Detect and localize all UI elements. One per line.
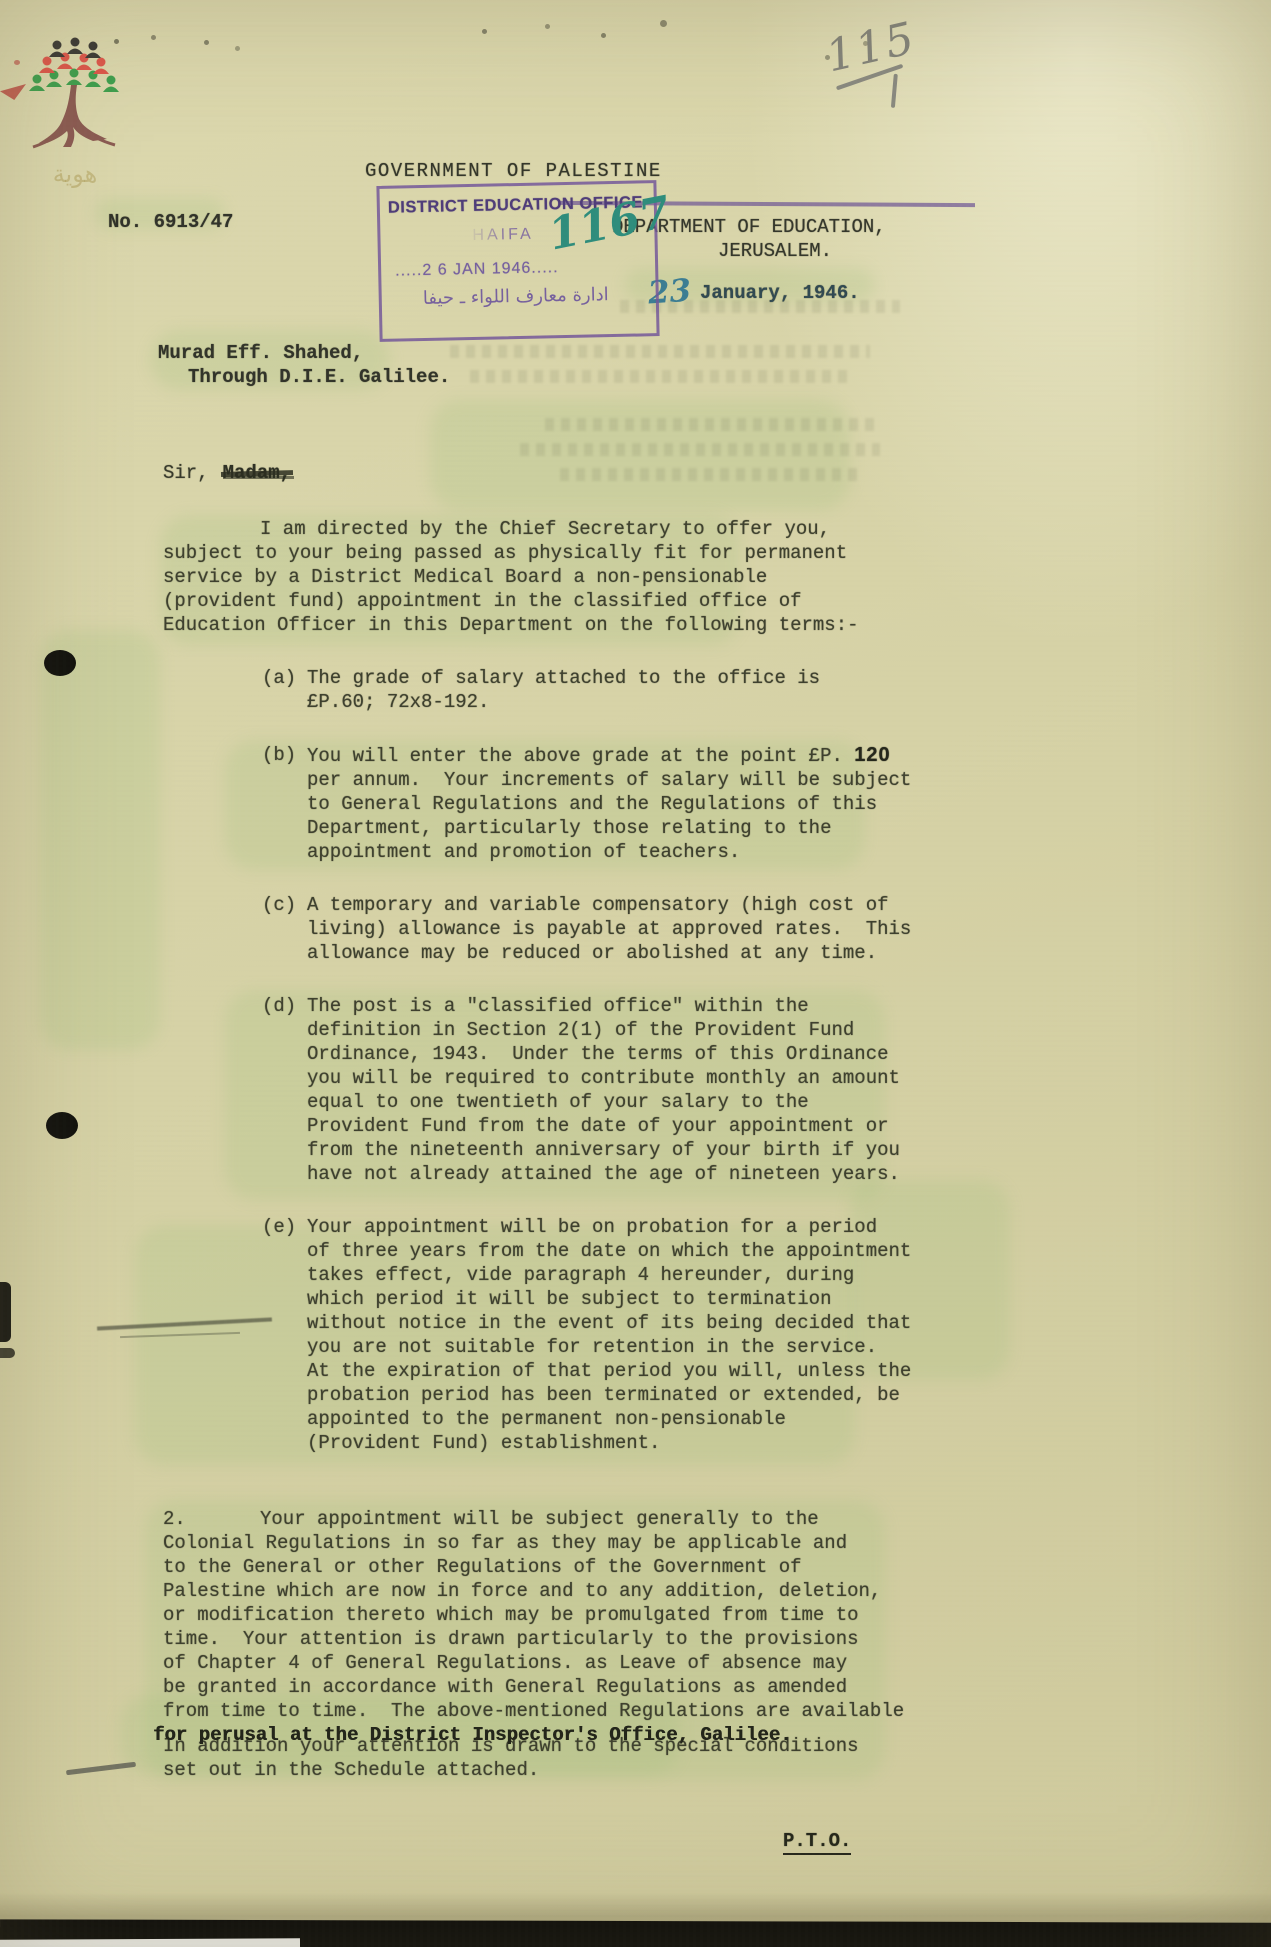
paragraph-1: I am directed by the Chief Secretary to … <box>163 517 983 637</box>
bleedthrough-text-ghost <box>450 345 870 358</box>
left-edge-ink-mark-small <box>0 1348 15 1358</box>
letter-body: I am directed by the Chief Secretary to … <box>163 517 983 1782</box>
pto-note: P.T.O. <box>783 1830 851 1855</box>
paper-specks <box>0 0 3 3</box>
overtyped-perusal-line: for perusal at the District Inspector's … <box>153 1723 973 1747</box>
bleedthrough-text-ghost <box>560 468 860 481</box>
ink-blot-hole-punch <box>46 1112 78 1139</box>
stamp-date-line: .....2 6 JAN 1946..... <box>395 259 559 280</box>
paragraph-2-first-line: 2.Your appointment will be subject gener… <box>163 1507 983 1531</box>
scan-edge-white-sliver <box>0 1938 300 1947</box>
term-label-b: (b) <box>262 743 307 864</box>
bleedthrough-text-ghost <box>545 418 875 431</box>
red-edge-mark <box>0 84 26 100</box>
term-text-e: Your appointment will be on probation fo… <box>307 1215 911 1455</box>
term-b-first-line: You will enter the above grade at the po… <box>307 743 911 768</box>
ink-blot-hole-punch <box>44 650 76 676</box>
margin-pencil-dash <box>66 1762 136 1775</box>
term-item-b: (b) You will enter the above grade at th… <box>262 743 983 864</box>
term-text-b: You will enter the above grade at the po… <box>307 743 911 864</box>
folio-text: 115 <box>821 13 920 83</box>
red-edge-dot <box>14 60 20 65</box>
term-label-c: (c) <box>262 893 307 965</box>
term-label-a: (a) <box>262 666 307 714</box>
bleedthrough-text-ghost <box>470 370 850 383</box>
term-text-d: The post is a "classified office" within… <box>307 994 900 1186</box>
stain <box>40 630 160 1050</box>
recipient-name: Murad Eff. Shahed, <box>158 342 363 364</box>
term-item-c: (c) A temporary and variable compensator… <box>262 893 983 965</box>
term-label-e: (e) <box>262 1215 307 1455</box>
term-text-c: A temporary and variable compensatory (h… <box>307 893 911 965</box>
term-item-d: (d) The post is a "classified office" wi… <box>262 994 983 1186</box>
stamp-arabic-line: ادارة معارف اللواء ـ حيفا <box>396 284 636 310</box>
term-b-rest-lines: per annum. Your increments of salary wil… <box>307 768 911 864</box>
district-education-office-stamp: DISTRICT EDUCATION OFFICE HAIFA 1167 ...… <box>376 180 659 342</box>
salutation-line: Sir,Madam, <box>163 462 291 484</box>
inserted-salary-value: 120 <box>854 744 890 766</box>
paragraph-1-lines: subject to your being passed as physical… <box>163 541 983 637</box>
reference-number: No. 6913/47 <box>108 211 233 233</box>
paragraph-2-number: 2. <box>163 1507 260 1531</box>
department-line2: JERUSALEM. <box>718 240 832 262</box>
scanned-letter-page: هوية 115 GOVERNMENT OF PALESTINE No. 691… <box>0 0 1271 1947</box>
stamp-town: HAIFA <box>472 226 534 245</box>
recipient-via: Through D.I.E. Galilee. <box>188 366 450 388</box>
paragraph-2: 2.Your appointment will be subject gener… <box>163 1507 983 1782</box>
bottom-crease-shadow <box>0 1892 1271 1922</box>
watermark-arabic-word: هوية <box>25 160 125 188</box>
archive-tree-logo: هوية <box>25 35 125 188</box>
term-item-a: (a) The grade of salary attached to the … <box>262 666 983 714</box>
paragraph-2-lines: Colonial Regulations in so far as they m… <box>163 1531 983 1723</box>
term-item-e: (e) Your appointment will be on probatio… <box>262 1215 983 1455</box>
tree-of-people-icon <box>27 35 123 153</box>
salutation-sir: Sir, <box>163 462 209 484</box>
term-label-d: (d) <box>262 994 307 1186</box>
salutation-struck-madam: Madam, <box>223 462 291 484</box>
paragraph-2-first-text: Your appointment will be subject general… <box>260 1508 819 1530</box>
bleedthrough-text-ghost <box>520 443 880 456</box>
government-title: GOVERNMENT OF PALESTINE <box>365 160 662 182</box>
typed-date: January, 1946. <box>700 282 860 304</box>
term-text-a: The grade of salary attached to the offi… <box>307 666 820 714</box>
paragraph-1-first-line: I am directed by the Chief Secretary to … <box>163 517 983 541</box>
left-edge-ink-mark <box>0 1282 11 1342</box>
folio-stroke <box>891 74 898 108</box>
term-b-line1-text: You will enter the above grade at the po… <box>307 745 854 767</box>
pencil-folio-number: 115 <box>821 13 920 83</box>
